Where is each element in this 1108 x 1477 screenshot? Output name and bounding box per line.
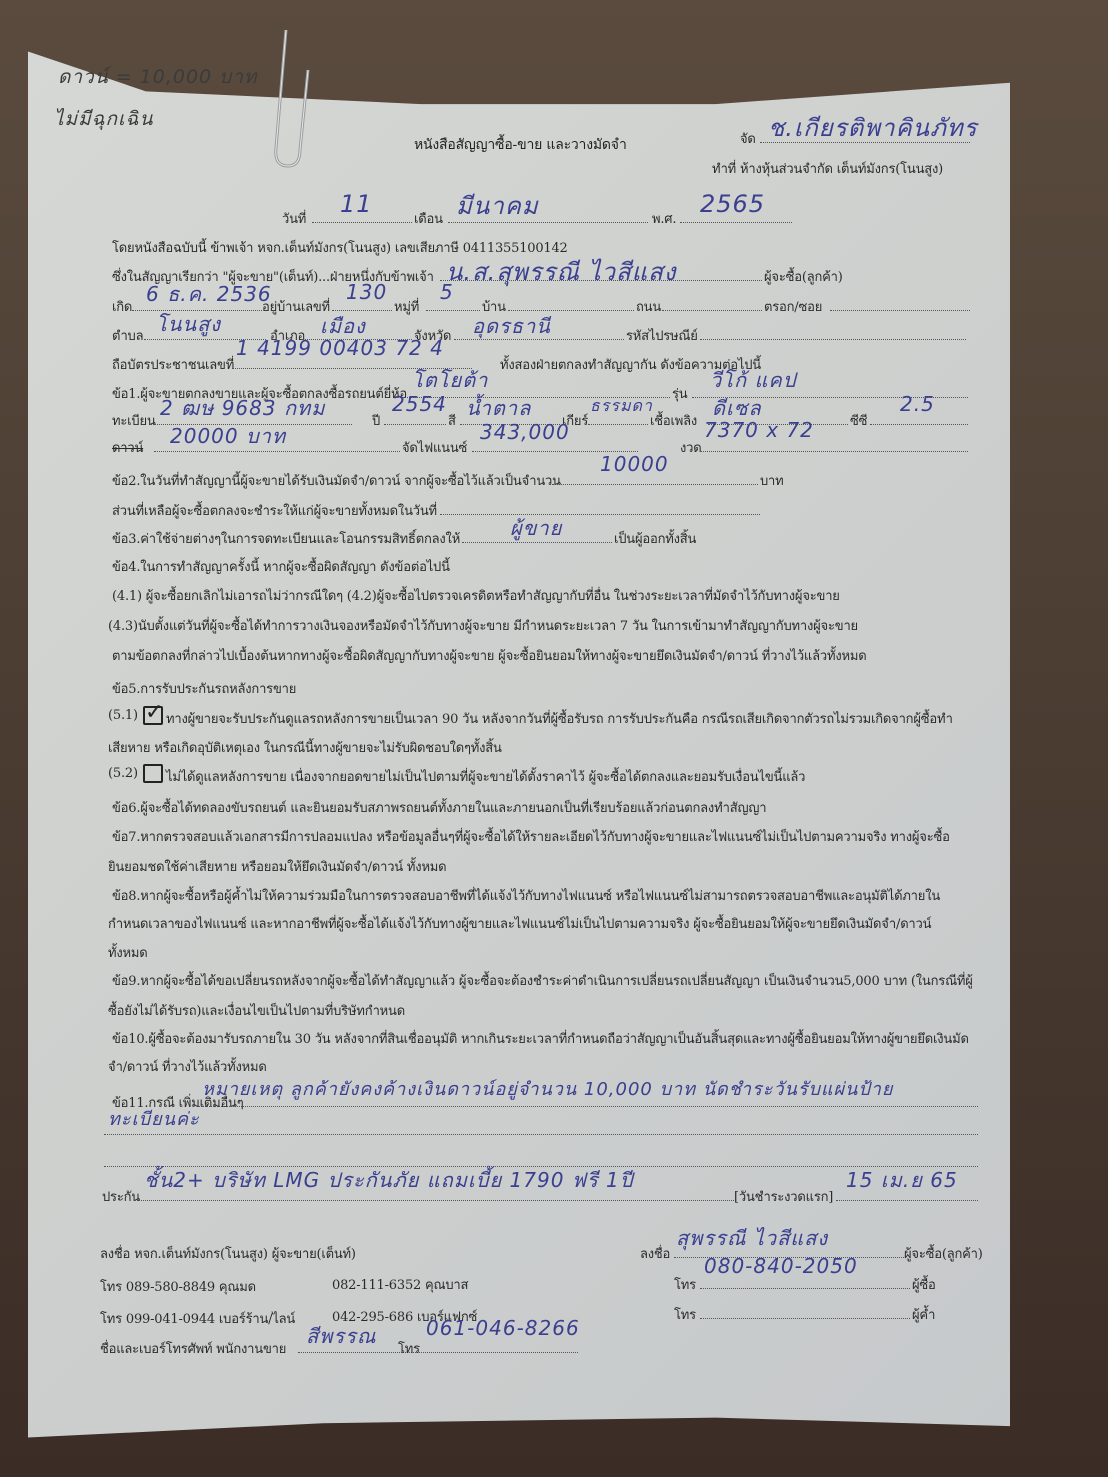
made-at-text: ทำที่ ห้างหุ้นส่วนจำกัด เต็นท์มังกร(โนนส…: [712, 158, 943, 179]
clause8-text3: ทั้งหมด: [108, 942, 148, 963]
buyer-sign-label: ลงชื่อ: [640, 1243, 670, 1264]
clause7-text: ข้อ7.หากตรวจสอบแล้วเอกสารมีการปลอมแปลง ห…: [112, 826, 950, 847]
year-model-value[interactable]: 2554: [392, 392, 447, 416]
installment-value[interactable]: 7370 x 72: [704, 418, 814, 442]
document-title: หนังสือสัญญาซื้อ-ขาย และวางมัดจำ: [414, 134, 627, 156]
checkmark-icon: ✓: [145, 700, 163, 725]
deposit-value[interactable]: 10000: [600, 452, 669, 476]
model-label: รุ่น: [672, 383, 687, 404]
staff-phone-value[interactable]: 061-046-8266: [426, 1316, 580, 1340]
clause4-1-text: (4.1) ผู้จะซื้อยกเลิกไม่เอารถไม่ว่ากรณีใ…: [112, 585, 840, 606]
clause10-text: ข้อ10.ผู้ซื้อจะต้องมารับรถภายใน 30 วัน ห…: [112, 1028, 969, 1049]
seller-phone-3: โทร 099-041-0944 เบอร์ร้าน/ไลน์: [100, 1308, 295, 1329]
reg-label: ทะเบียน: [112, 410, 156, 431]
moo-value[interactable]: 5: [440, 280, 454, 304]
clause9-text2: ซื้อยังไม่ได้รับรถ)และเงื่อนไขเป็นไปตามท…: [108, 1000, 405, 1021]
year-label: พ.ศ.: [652, 208, 676, 229]
buyer-suffix: ผู้จะซื้อ(ลูกค้า): [764, 266, 843, 287]
month-value[interactable]: มีนาคม: [456, 186, 539, 225]
clause3-suffix: เป็นผู้ออกทั้งสิ้น: [614, 528, 696, 549]
clause8-text: ข้อ8.หากผู้จะซื้อหรือผู้ค้ำไม่ให้ความร่ว…: [112, 885, 940, 906]
id-label: ถือบัตรประชาชนเลขที่: [112, 354, 234, 375]
born-value[interactable]: 6 ธ.ค. 2536: [146, 278, 272, 310]
first-payment-label: [วันชำระงวดแรก]: [734, 1186, 833, 1207]
clause5-2-text: ไม่ได้ดูแลหลังการขาย เนื่องจากยอดขายไม่เ…: [166, 766, 805, 787]
subdistrict-value[interactable]: โนนสูง: [156, 308, 221, 340]
buyer-phone-suffix: ผู้ซื้อ: [912, 1274, 936, 1295]
clause5-2-label: (5.2): [108, 766, 138, 781]
month-label: เดือน: [414, 208, 443, 229]
alley-label: ตรอก/ซอย: [764, 296, 822, 317]
staff-label: ชื่อและเบอร์โทรศัพท์ พนักงานขาย: [100, 1338, 286, 1359]
clause6-text: ข้อ6.ผู้จะซื้อได้ทดลองขับรถยนต์ และยินยอ…: [112, 797, 766, 818]
clause2-remaining: ส่วนที่เหลือผู้จะซื้อตกลงจะชำระให้แก่ผู้…: [112, 500, 437, 521]
day-label: วันที่: [282, 208, 306, 229]
buyer-name[interactable]: น.ส.สุพรรณี ไวสีแสง: [446, 252, 677, 291]
first-payment-value[interactable]: 15 เม.ย 65: [846, 1164, 958, 1196]
subdistrict-label: ตำบล: [112, 325, 143, 346]
fuel-label: เชื้อเพลิง: [650, 410, 697, 431]
year-model-label: ปี: [372, 410, 380, 431]
clause3-text: ข้อ3.ค่าใช้จ่ายต่างๆในการจดทะเบียนและโอน…: [112, 528, 460, 549]
seller-phone-1: โทร 089-580-8849 คุณมด: [100, 1276, 256, 1297]
province-label: จัด: [740, 128, 756, 149]
clause8-text2: กำหนดเวลาของไฟแนนซ์ และหากอาชีพที่ผู้จะซ…: [108, 913, 931, 934]
buyer-signature[interactable]: สุพรรณี ไวสีแสง: [676, 1222, 828, 1254]
cc-value[interactable]: 2.5: [900, 392, 935, 416]
postcode-label: รหัสไปรษณีย์: [626, 325, 698, 346]
down-value[interactable]: 20000 บาท: [170, 420, 286, 452]
finance-label: จัดไฟแนนซ์: [402, 437, 467, 458]
no-warranty-checkbox[interactable]: [143, 764, 163, 783]
road-label: ถนน: [636, 296, 661, 317]
finance-value[interactable]: 343,000: [480, 420, 570, 444]
clause5-1-label: (5.1): [108, 708, 138, 723]
gear-value[interactable]: ธรรมดา: [590, 394, 653, 419]
deposit-unit: บาท: [760, 470, 784, 491]
paperclip-icon: [264, 30, 312, 170]
guarantor-phone-suffix: ผู้ค้ำ: [912, 1304, 935, 1325]
clause9-text: ข้อ9.หากผู้จะซื้อได้ขอเปลี่ยนรถหลังจากผู…: [112, 970, 973, 991]
insurance-value[interactable]: ชั้น2+ บริษัท LMG ประกันภัย แถมเบี้ย 179…: [144, 1164, 633, 1196]
moo-label: หมู่ที่: [394, 296, 419, 317]
clause5-1-text2: เสียหาย หรือเกิดอุบัติเหตุเอง ในกรณีนี้ท…: [108, 737, 502, 758]
transfer-payer-value[interactable]: ผู้ขาย: [510, 512, 562, 544]
clause4-3-text2: ตามข้อตกลงที่กล่าวไปเบื้องต้นหากทางผู้จะ…: [112, 645, 866, 666]
clause7-text2: ยินยอมชดใช้ค่าเสียหาย หรือยอมให้ยึดเงินม…: [108, 856, 446, 877]
insurance-label: ประกัน: [102, 1186, 140, 1207]
clause4-text: ข้อ4.ในการทำสัญญาครั้งนี้ หากผู้จะซื้อผิ…: [112, 556, 450, 577]
margin-note-down-payment: ดาวน์ = 10,000 บาท: [58, 62, 257, 92]
clause11-note-line1[interactable]: หมายเหตุ ลูกค้ายังคงค้างเงินดาวน์อยู่จำน…: [202, 1074, 893, 1103]
province-value[interactable]: ช.เกียรติพาคินภัทร: [768, 108, 977, 147]
color-label: สี: [448, 410, 456, 431]
id-value[interactable]: 1 4199 00403 72 4: [236, 336, 444, 360]
province-field-value[interactable]: อุดรธานี: [472, 310, 551, 342]
clause11-note-line2[interactable]: ทะเบียนค่ะ: [108, 1104, 200, 1133]
warranty-90-days-checkbox[interactable]: ✓: [143, 706, 163, 725]
guarantor-phone-label: โทร: [674, 1304, 696, 1325]
clause5-text: ข้อ5.การรับประกันรถหลังการขาย: [112, 678, 296, 699]
staff-name[interactable]: สีพรรณ: [306, 1320, 376, 1352]
clause5-1-text: ทางผู้ขายจะรับประกันดูแลรถหลังการขายเป็น…: [166, 708, 953, 729]
seller-phone-2: 082-111-6352 คุณบาส: [332, 1274, 468, 1295]
clause2-text: ข้อ2.ในวันที่ทำสัญญานี้ผู้จะขายได้รับเงิ…: [112, 470, 561, 491]
staff-phone-label: โทร: [398, 1338, 420, 1359]
day-value[interactable]: 11: [340, 190, 373, 218]
installment-label: งวด: [680, 437, 702, 458]
born-label: เกิด: [112, 296, 132, 317]
margin-note-no-emergency: ไม่มีฉุกเฉิน: [54, 104, 153, 134]
year-value[interactable]: 2565: [700, 190, 765, 218]
clause4-3-text: (4.3)นับตั้งแต่วันที่ผู้จะซื้อได้ทำการวา…: [108, 615, 858, 636]
buyer-sign-suffix: ผู้จะซื้อ(ลูกค้า): [904, 1243, 983, 1264]
buyer-phone-value[interactable]: 080-840-2050: [704, 1254, 858, 1278]
down-label: ดาวน์: [112, 437, 143, 458]
cc-label: ซีซี: [850, 410, 867, 431]
buyer-phone-label: โทร: [674, 1274, 696, 1295]
seller-signature: ลงชื่อ หจก.เต็นท์มังกร(โนนสูง) ผู้จะขาย(…: [100, 1243, 356, 1264]
house-no-value[interactable]: 130: [346, 280, 387, 304]
